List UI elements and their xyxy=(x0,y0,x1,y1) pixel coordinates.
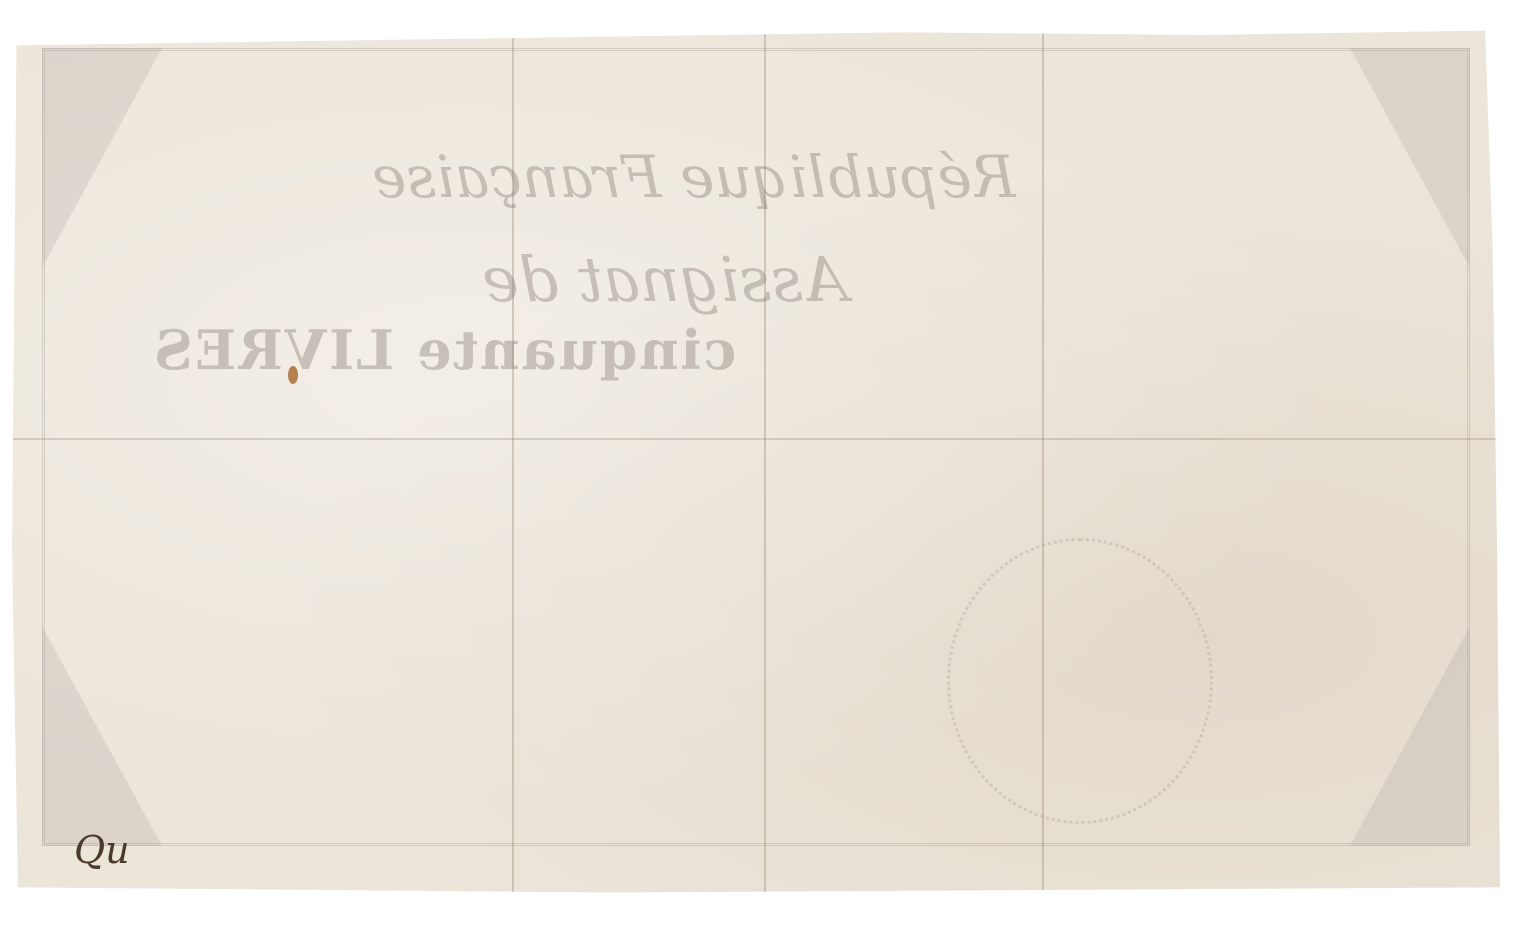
handwritten-mark: Qu xyxy=(74,828,130,872)
show-through-assignat: Assignat de xyxy=(482,243,848,316)
show-through-title: République Française xyxy=(372,143,1016,211)
rust-stain xyxy=(288,366,298,384)
banknote: République Française Assignat de cinquan… xyxy=(12,28,1500,896)
embossed-seal xyxy=(947,538,1213,824)
show-through-value: cinquante LIVRES xyxy=(152,318,736,382)
fold-line-horizontal xyxy=(12,438,1500,440)
